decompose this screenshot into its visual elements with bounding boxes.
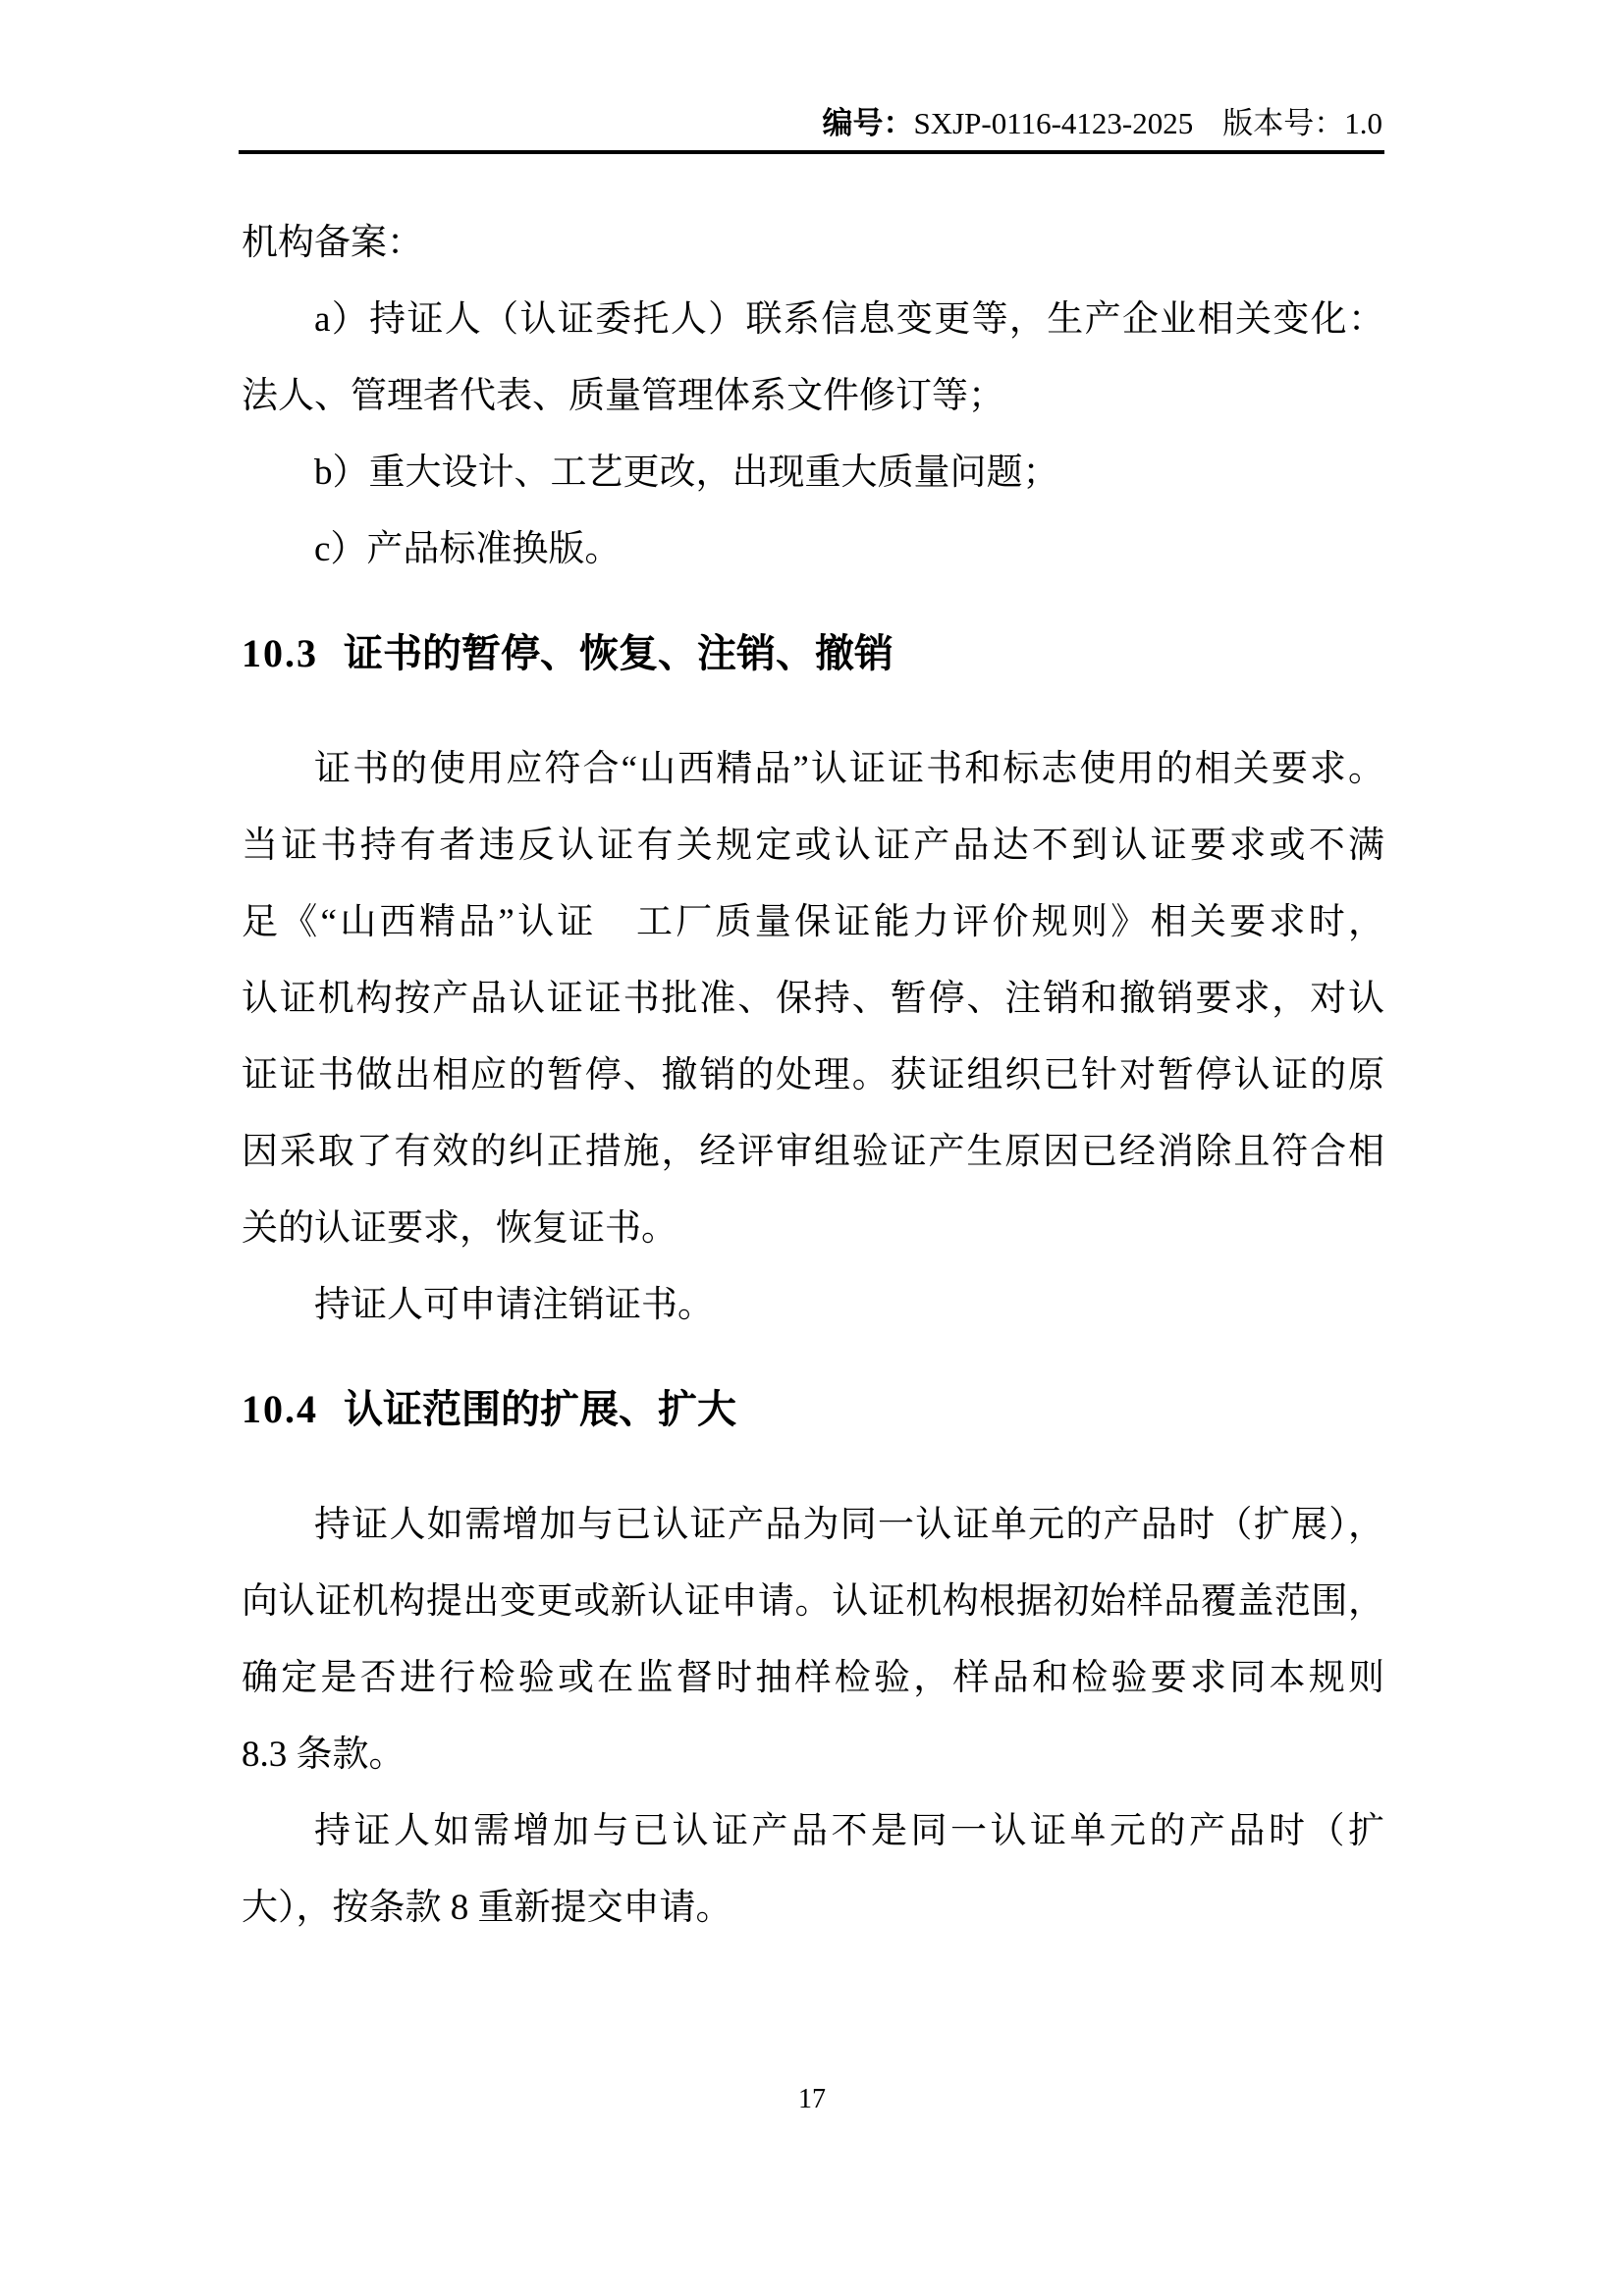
text-line: 因采取了有效的纠正措施，经评审组验证产生原因已经消除且符合相 — [242, 1114, 1384, 1191]
text-line: 证书的使用应符合“山西精品”认证证书和标志使用的相关要求。 — [242, 731, 1384, 808]
section-number: 10.3 — [242, 631, 318, 675]
text-line: 确定是否进行检验或在监督时抽样检验，样品和检验要求同本规则 — [242, 1640, 1384, 1717]
text-line: 机构备案： — [242, 205, 1384, 282]
text-line: 认证机构按产品认证证书批准、保持、暂停、注销和撤销要求，对认 — [242, 961, 1384, 1038]
section-number: 10.4 — [242, 1387, 318, 1431]
text-line: 持证人如需增加与已认证产品为同一认证单元的产品时（扩展）， — [242, 1487, 1384, 1564]
header-code-line: 编号：SXJP-0116-4123-2025版本号：1.0 — [822, 108, 1382, 138]
text-line: 持证人如需增加与已认证产品不是同一认证单元的产品时（扩 — [242, 1793, 1384, 1870]
text-line: 法人、管理者代表、质量管理体系文件修订等； — [242, 358, 1384, 435]
text-line: b）重大设计、工艺更改，出现重大质量问题； — [242, 435, 1384, 511]
text-line: 当证书持有者违反认证有关规定或认证产品达不到认证要求或不满 — [242, 808, 1384, 884]
section-heading: 10.3证书的暂停、恢复、注销、撤销 — [242, 615, 1384, 692]
section-heading: 10.4认证范围的扩展、扩大 — [242, 1371, 1384, 1448]
text-line: 关的认证要求，恢复证书。 — [242, 1191, 1384, 1267]
text-line: 向认证机构提出变更或新认证申请。认证机构根据初始样品覆盖范围， — [242, 1564, 1384, 1640]
section-title: 证书的暂停、恢复、注销、撤销 — [344, 631, 893, 675]
doc-version-value: 1.0 — [1344, 106, 1382, 140]
doc-code-value: SXJP-0116-4123-2025 — [913, 106, 1193, 140]
text-line: c）产品标准换版。 — [242, 511, 1384, 588]
document-body: 机构备案：a）持证人（认证委托人）联系信息变更等，生产企业相关变化：法人、管理者… — [242, 205, 1384, 1947]
doc-code-label: 编号： — [822, 106, 913, 140]
text-line: 足《“山西精品”认证 工厂质量保证能力评价规则》相关要求时， — [242, 884, 1384, 961]
document-footer: 17 — [0, 2083, 1624, 2116]
text-line: 持证人可申请注销证书。 — [242, 1267, 1384, 1344]
section-title: 认证范围的扩展、扩大 — [344, 1387, 736, 1431]
text-line: a）持证人（认证委托人）联系信息变更等，生产企业相关变化： — [242, 282, 1384, 358]
document-page: 编号：SXJP-0116-4123-2025版本号：1.0 机构备案：a）持证人… — [0, 0, 1624, 2296]
document-header: 编号：SXJP-0116-4123-2025版本号：1.0 — [239, 0, 1384, 154]
text-line: 大），按条款 8 重新提交申请。 — [242, 1870, 1384, 1947]
doc-version-label: 版本号： — [1222, 106, 1344, 140]
page-number: 17 — [798, 2084, 826, 2114]
text-line: 8.3 条款。 — [242, 1717, 1384, 1793]
text-line: 证证书做出相应的暂停、撤销的处理。获证组织已针对暂停认证的原 — [242, 1038, 1384, 1114]
